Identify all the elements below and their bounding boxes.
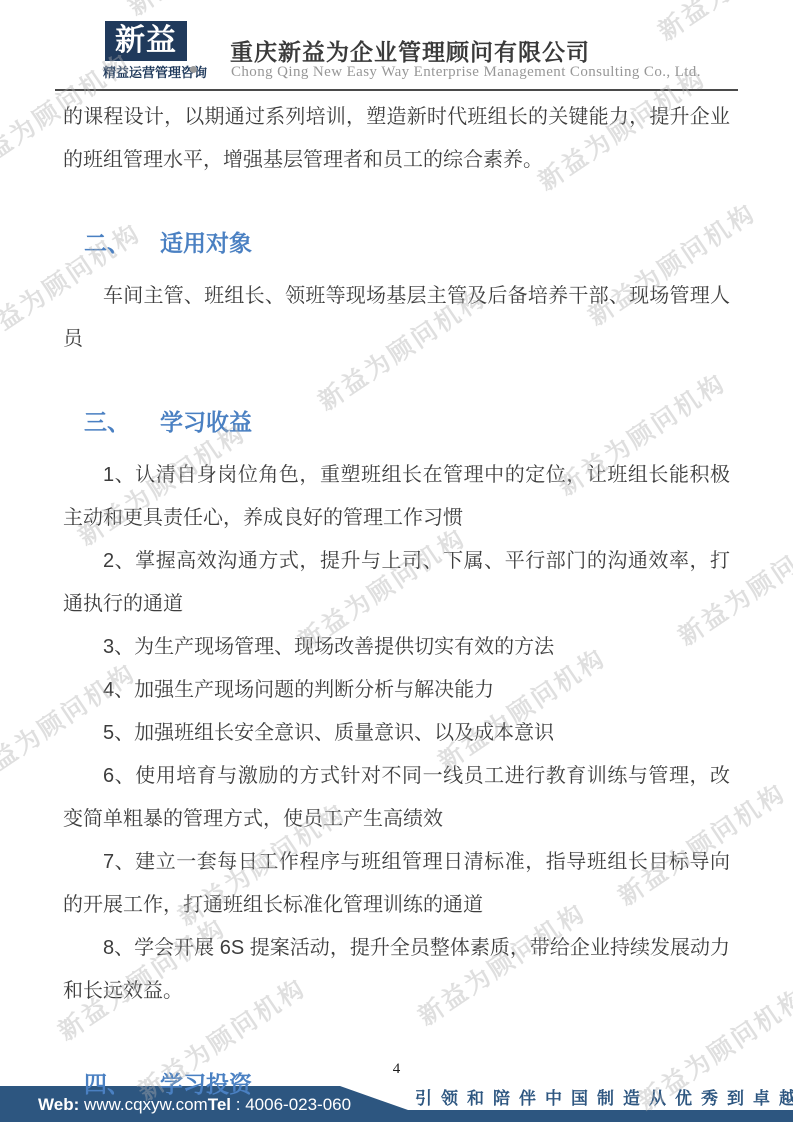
company-name-cn: 重庆新益为企业管理顾问有限公司 <box>230 34 590 67</box>
section-paragraph: 1、认清自身岗位角色，重塑班组长在管理中的定位，让班组长能积极主动和更具责任心，… <box>63 454 730 540</box>
section-title: 适用对象 <box>160 230 252 256</box>
section-paragraph: 8、学会开展 6S 提案活动，提升全员整体素质，带给企业持续发展动力和长远效益。 <box>63 927 730 1013</box>
section-paragraph: 2、掌握高效沟通方式，提升与上司、下属、平行部门的沟通效率，打通执行的通道 <box>63 540 730 626</box>
section-paragraph: 车间主管、班组长、领班等现场基层主管及后备培养干部、现场管理人员 <box>63 275 730 361</box>
company-name-en: Chong Qing New Easy Way Enterprise Manag… <box>231 64 701 81</box>
logo-dot-icon <box>190 66 197 73</box>
page-header: 新益为 精益运营管理咨询 重庆新益为企业管理顾问有限公司 Chong Qing … <box>0 0 793 95</box>
section-number: 三、 <box>84 409 130 435</box>
document-content: 的课程设计，以期通过系列培训，塑造新时代班组长的关键能力，提升企业的班组管理水平… <box>63 96 730 1116</box>
intro-paragraph: 的课程设计，以期通过系列培训，塑造新时代班组长的关键能力，提升企业的班组管理水平… <box>63 96 730 182</box>
section-number: 二、 <box>84 230 130 256</box>
section-paragraph: 5、加强班组长安全意识、质量意识、以及成本意识 <box>63 712 730 755</box>
section-paragraph: 3、为生产现场管理、现场改善提供切实有效的方法 <box>63 626 730 669</box>
page-number: 4 <box>0 1061 793 1078</box>
company-logo: 新益为 <box>105 21 187 61</box>
document-page: 新益为顾问机构新益为顾问机构新益为顾问机构新益为顾问机构新益为顾问机构新益为顾问… <box>0 0 793 1122</box>
section-paragraph: 6、使用培育与激励的方式针对不同一线员工进行教育训练与管理，改变简单粗暴的管理方… <box>63 755 730 841</box>
section-title: 学习收益 <box>160 409 252 435</box>
header-divider <box>55 89 738 91</box>
section-paragraph: 7、建立一套每日工作程序与班组管理日清标准，指导班组长目标导向的开展工作，打通班… <box>63 841 730 927</box>
section-heading: 二、适用对象 <box>84 228 730 258</box>
section-paragraph: 4、加强生产现场问题的判断分析与解决能力 <box>63 669 730 712</box>
logo-tagline: 精益运营管理咨询 <box>103 62 189 81</box>
sections-container: 二、适用对象车间主管、班组长、领班等现场基层主管及后备培养干部、现场管理人员三、… <box>63 228 730 1099</box>
section-heading: 三、学习收益 <box>84 407 730 437</box>
